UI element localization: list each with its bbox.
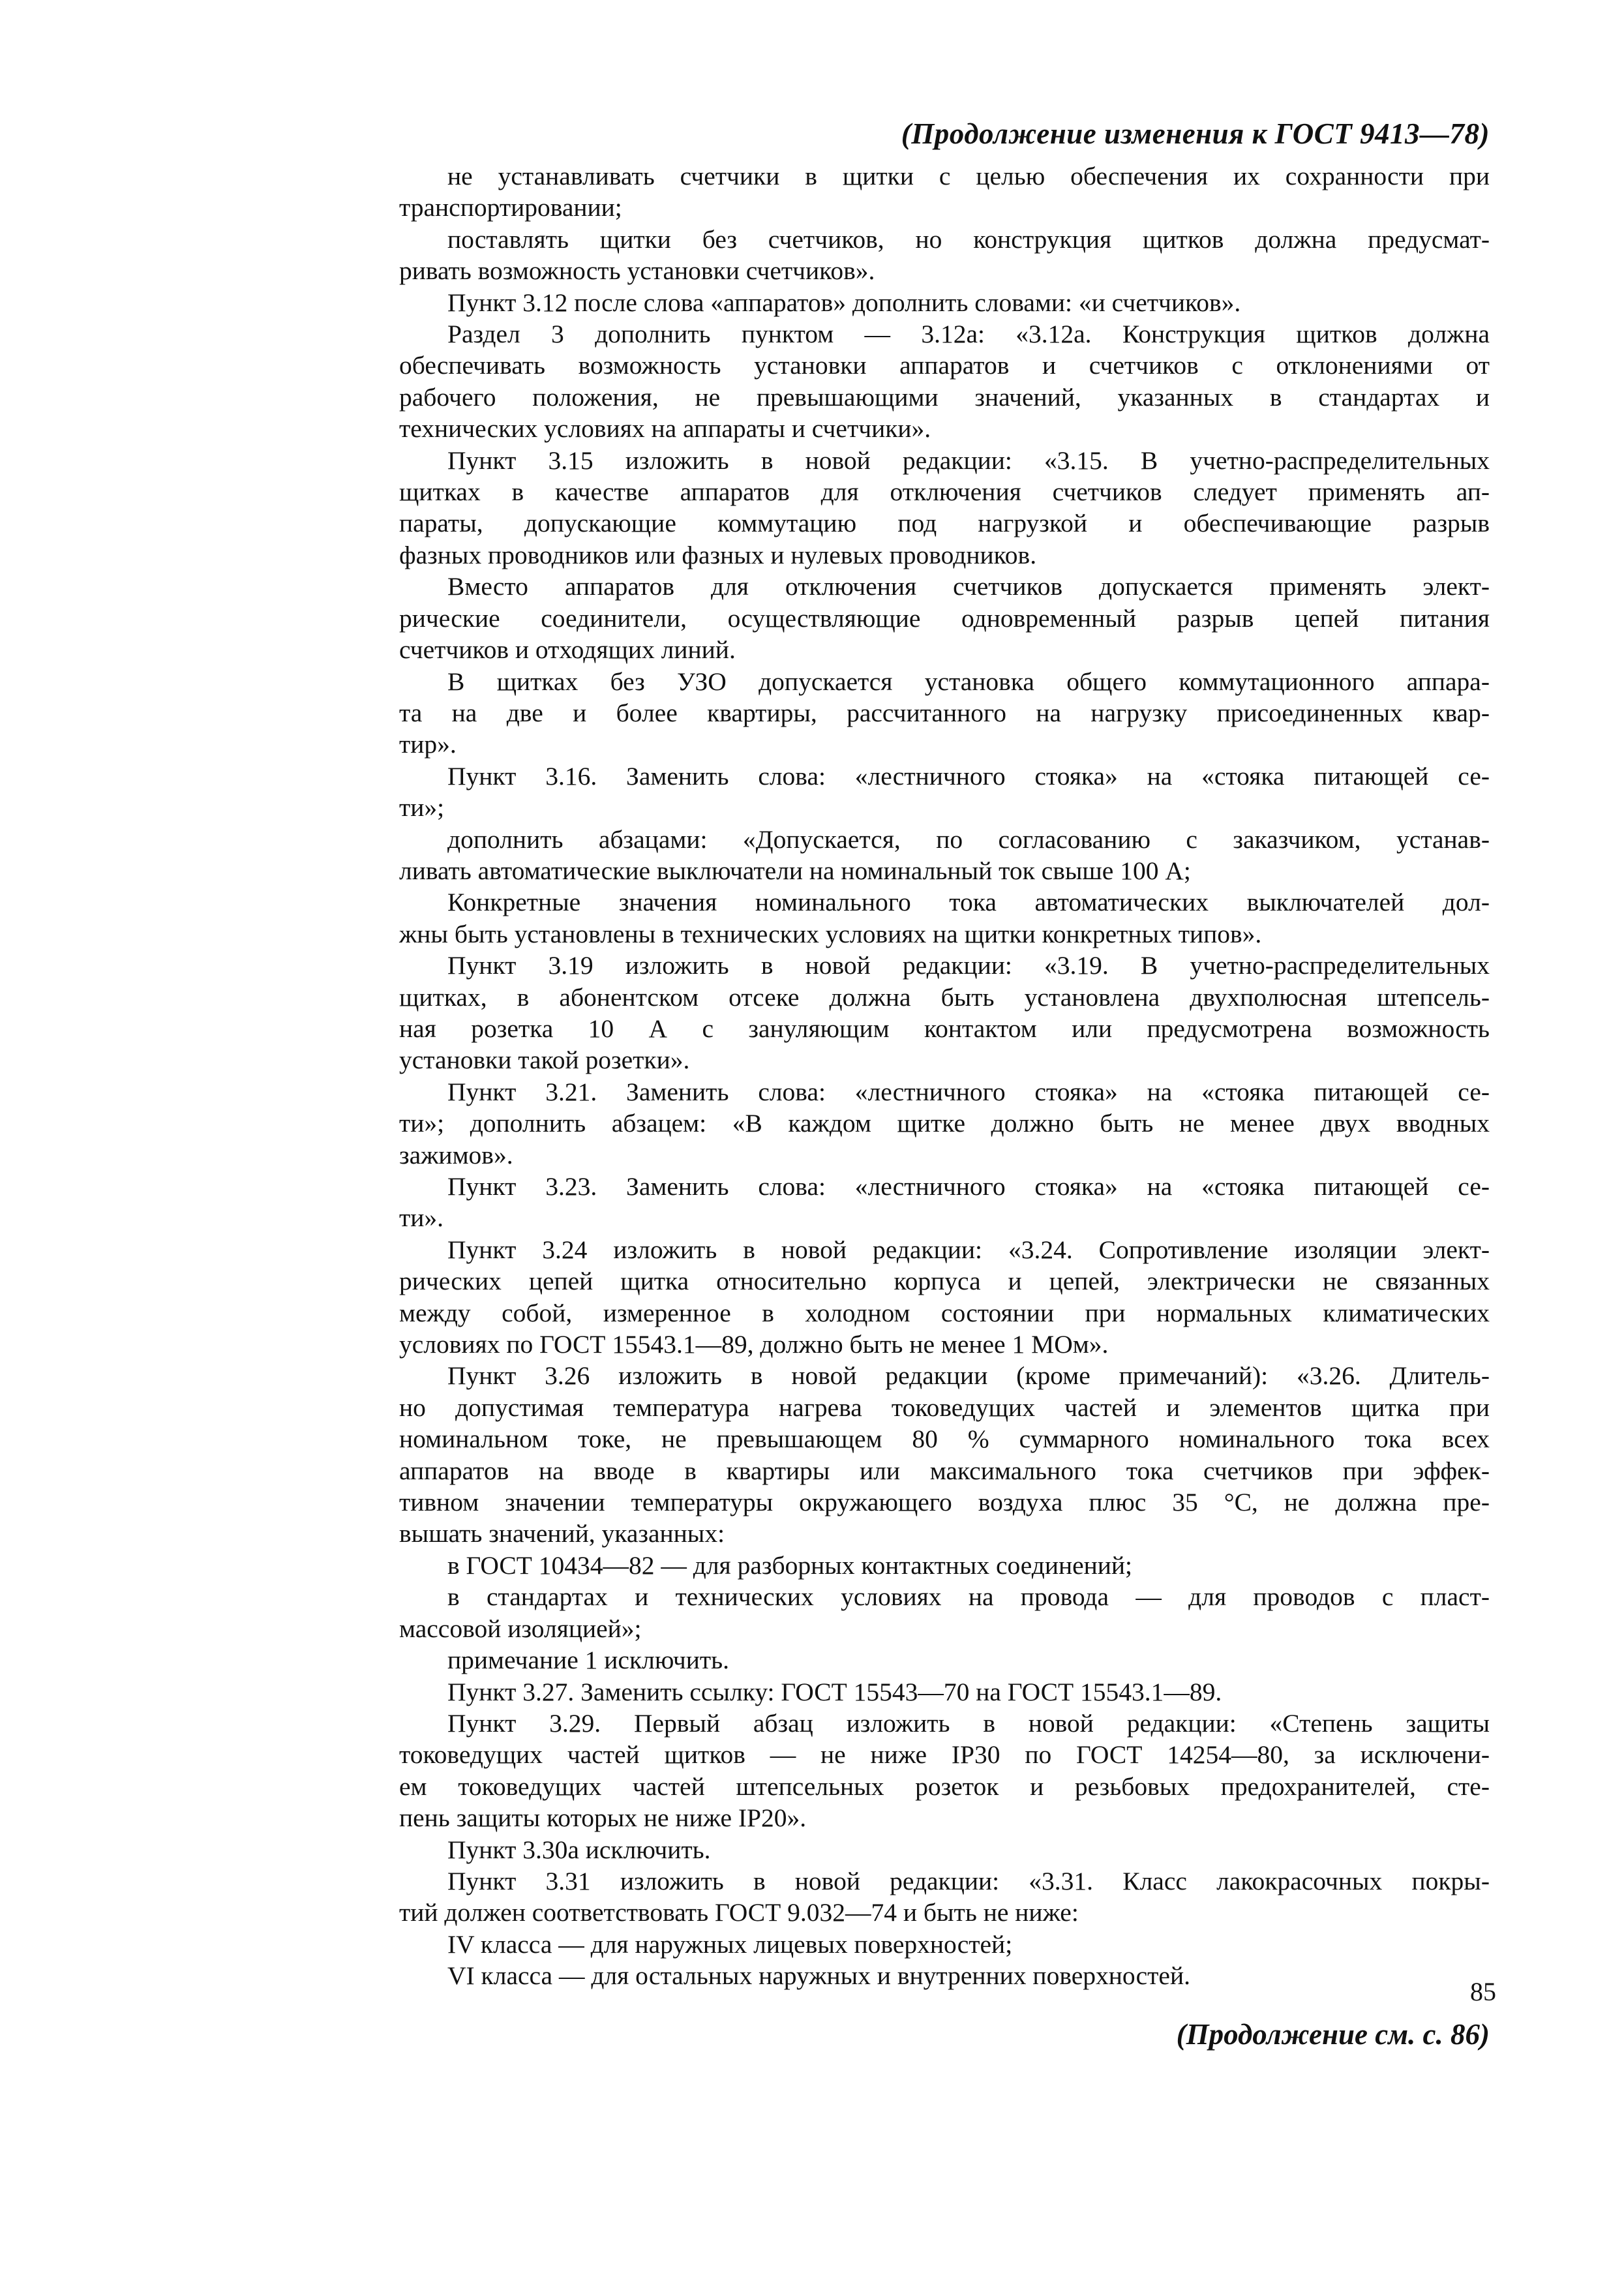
text-line: Пункт 3.12 после слова «аппаратов» допол… <box>399 287 1490 318</box>
text-line: IV класса — для наружных лицевых поверхн… <box>399 1929 1490 1960</box>
text-line: ти». <box>399 1202 1490 1233</box>
text-line: рабочего положения, не превышающими знач… <box>399 382 1490 413</box>
text-line: щитках, в абонентском отсеке должна быть… <box>399 982 1490 1013</box>
text-line: Пункт 3.31 изложить в новой редакции: «3… <box>399 1865 1490 1897</box>
text-line: ливать автоматические выключатели на ном… <box>399 855 1490 886</box>
text-line: жны быть установлены в технических услов… <box>399 918 1490 950</box>
text-line: номинальном токе, не превышающем 80 % су… <box>399 1423 1490 1455</box>
text-line: поставлять щитки без счетчиков, но конст… <box>399 224 1490 255</box>
text-line: массовой изоляцией»; <box>399 1613 1490 1644</box>
text-line: Пункт 3.30а исключить. <box>399 1834 1490 1865</box>
running-header: (Продолжение изменения к ГОСТ 9413—78) <box>399 111 1490 157</box>
text-line: Пункт 3.15 изложить в новой редакции: «3… <box>399 445 1490 476</box>
text-line: условиях по ГОСТ 15543.1—89, должно быть… <box>399 1329 1490 1360</box>
text-line: В щитках без УЗО допускается установка о… <box>399 666 1490 697</box>
text-line: транспортировании; <box>399 192 1490 223</box>
text-line: дополнить абзацами: «Допускается, по сог… <box>399 824 1490 855</box>
text-line: фазных проводников или фазных и нулевых … <box>399 539 1490 571</box>
text-line: тир». <box>399 729 1490 760</box>
text-line: примечание 1 исключить. <box>399 1644 1490 1676</box>
text-line: ная розетка 10 А с зануляющим контактом … <box>399 1013 1490 1044</box>
text-line: Вместо аппаратов для отключения счетчико… <box>399 571 1490 602</box>
text-line: Пункт 3.24 изложить в новой редакции: «3… <box>399 1234 1490 1265</box>
text-line: Раздел 3 дополнить пунктом — 3.12а: «3.1… <box>399 318 1490 350</box>
text-line: Конкретные значения номинального тока ав… <box>399 886 1490 918</box>
text-line: рические соединители, осуществляющие одн… <box>399 603 1490 634</box>
text-line: VI класса — для остальных наружных и вну… <box>399 1960 1490 1991</box>
text-line: но допустимая температура нагрева токове… <box>399 1392 1490 1423</box>
text-line: Пункт 3.27. Заменить ссылку: ГОСТ 15543—… <box>399 1676 1490 1708</box>
document-page: (Продолжение изменения к ГОСТ 9413—78) н… <box>399 111 1490 2057</box>
text-line: тий должен соответствовать ГОСТ 9.032—74… <box>399 1897 1490 1928</box>
text-line: пень защиты которых не ниже IP20». <box>399 1802 1490 1833</box>
text-line: ем токоведущих частей штепсельных розето… <box>399 1771 1490 1802</box>
text-line: технических условиях на аппараты и счетч… <box>399 413 1490 444</box>
text-line: обеспечивать возможность установки аппар… <box>399 350 1490 381</box>
text-line: тивном значении температуры окружающего … <box>399 1486 1490 1518</box>
text-line: ти»; <box>399 792 1490 823</box>
text-line: не устанавливать счетчики в щитки с цель… <box>399 160 1490 192</box>
text-line: аппаратов на вводе в квартиры или максим… <box>399 1455 1490 1486</box>
text-line: ривать возможность установки счетчиков». <box>399 255 1490 286</box>
text-line: Пункт 3.19 изложить в новой редакции: «3… <box>399 950 1490 981</box>
text-line: щитках в качестве аппаратов для отключен… <box>399 476 1490 507</box>
text-line: Пункт 3.26 изложить в новой редакции (кр… <box>399 1360 1490 1391</box>
text-line: счетчиков и отходящих линий. <box>399 634 1490 665</box>
text-line: между собой, измеренное в холодном состо… <box>399 1297 1490 1329</box>
text-line: Пункт 3.23. Заменить слова: «лестничного… <box>399 1171 1490 1202</box>
text-line: параты, допускающие коммутацию под нагру… <box>399 507 1490 539</box>
body-text: не устанавливать счетчики в щитки с цель… <box>399 160 1490 1992</box>
text-line: установки такой розетки». <box>399 1044 1490 1076</box>
text-line: Пункт 3.21. Заменить слова: «лестничного… <box>399 1076 1490 1108</box>
text-line: зажимов». <box>399 1139 1490 1171</box>
text-line: вышать значений, указанных: <box>399 1518 1490 1549</box>
page-number: 85 <box>1470 1976 1496 2007</box>
text-line: та на две и более квартиры, рассчитанног… <box>399 697 1490 729</box>
continuation-note: (Продолжение см. с. 86) <box>399 2012 1490 2057</box>
text-line: Пункт 3.29. Первый абзац изложить в ново… <box>399 1708 1490 1739</box>
text-line: ти»; дополнить абзацем: «В каждом щитке … <box>399 1108 1490 1139</box>
text-line: рических цепей щитка относительно корпус… <box>399 1265 1490 1297</box>
text-line: Пункт 3.16. Заменить слова: «лестничного… <box>399 761 1490 792</box>
text-line: в стандартах и технических условиях на п… <box>399 1581 1490 1612</box>
text-line: в ГОСТ 10434—82 — для разборных контактн… <box>399 1550 1490 1581</box>
text-line: токоведущих частей щитков — не ниже IP30… <box>399 1739 1490 1770</box>
